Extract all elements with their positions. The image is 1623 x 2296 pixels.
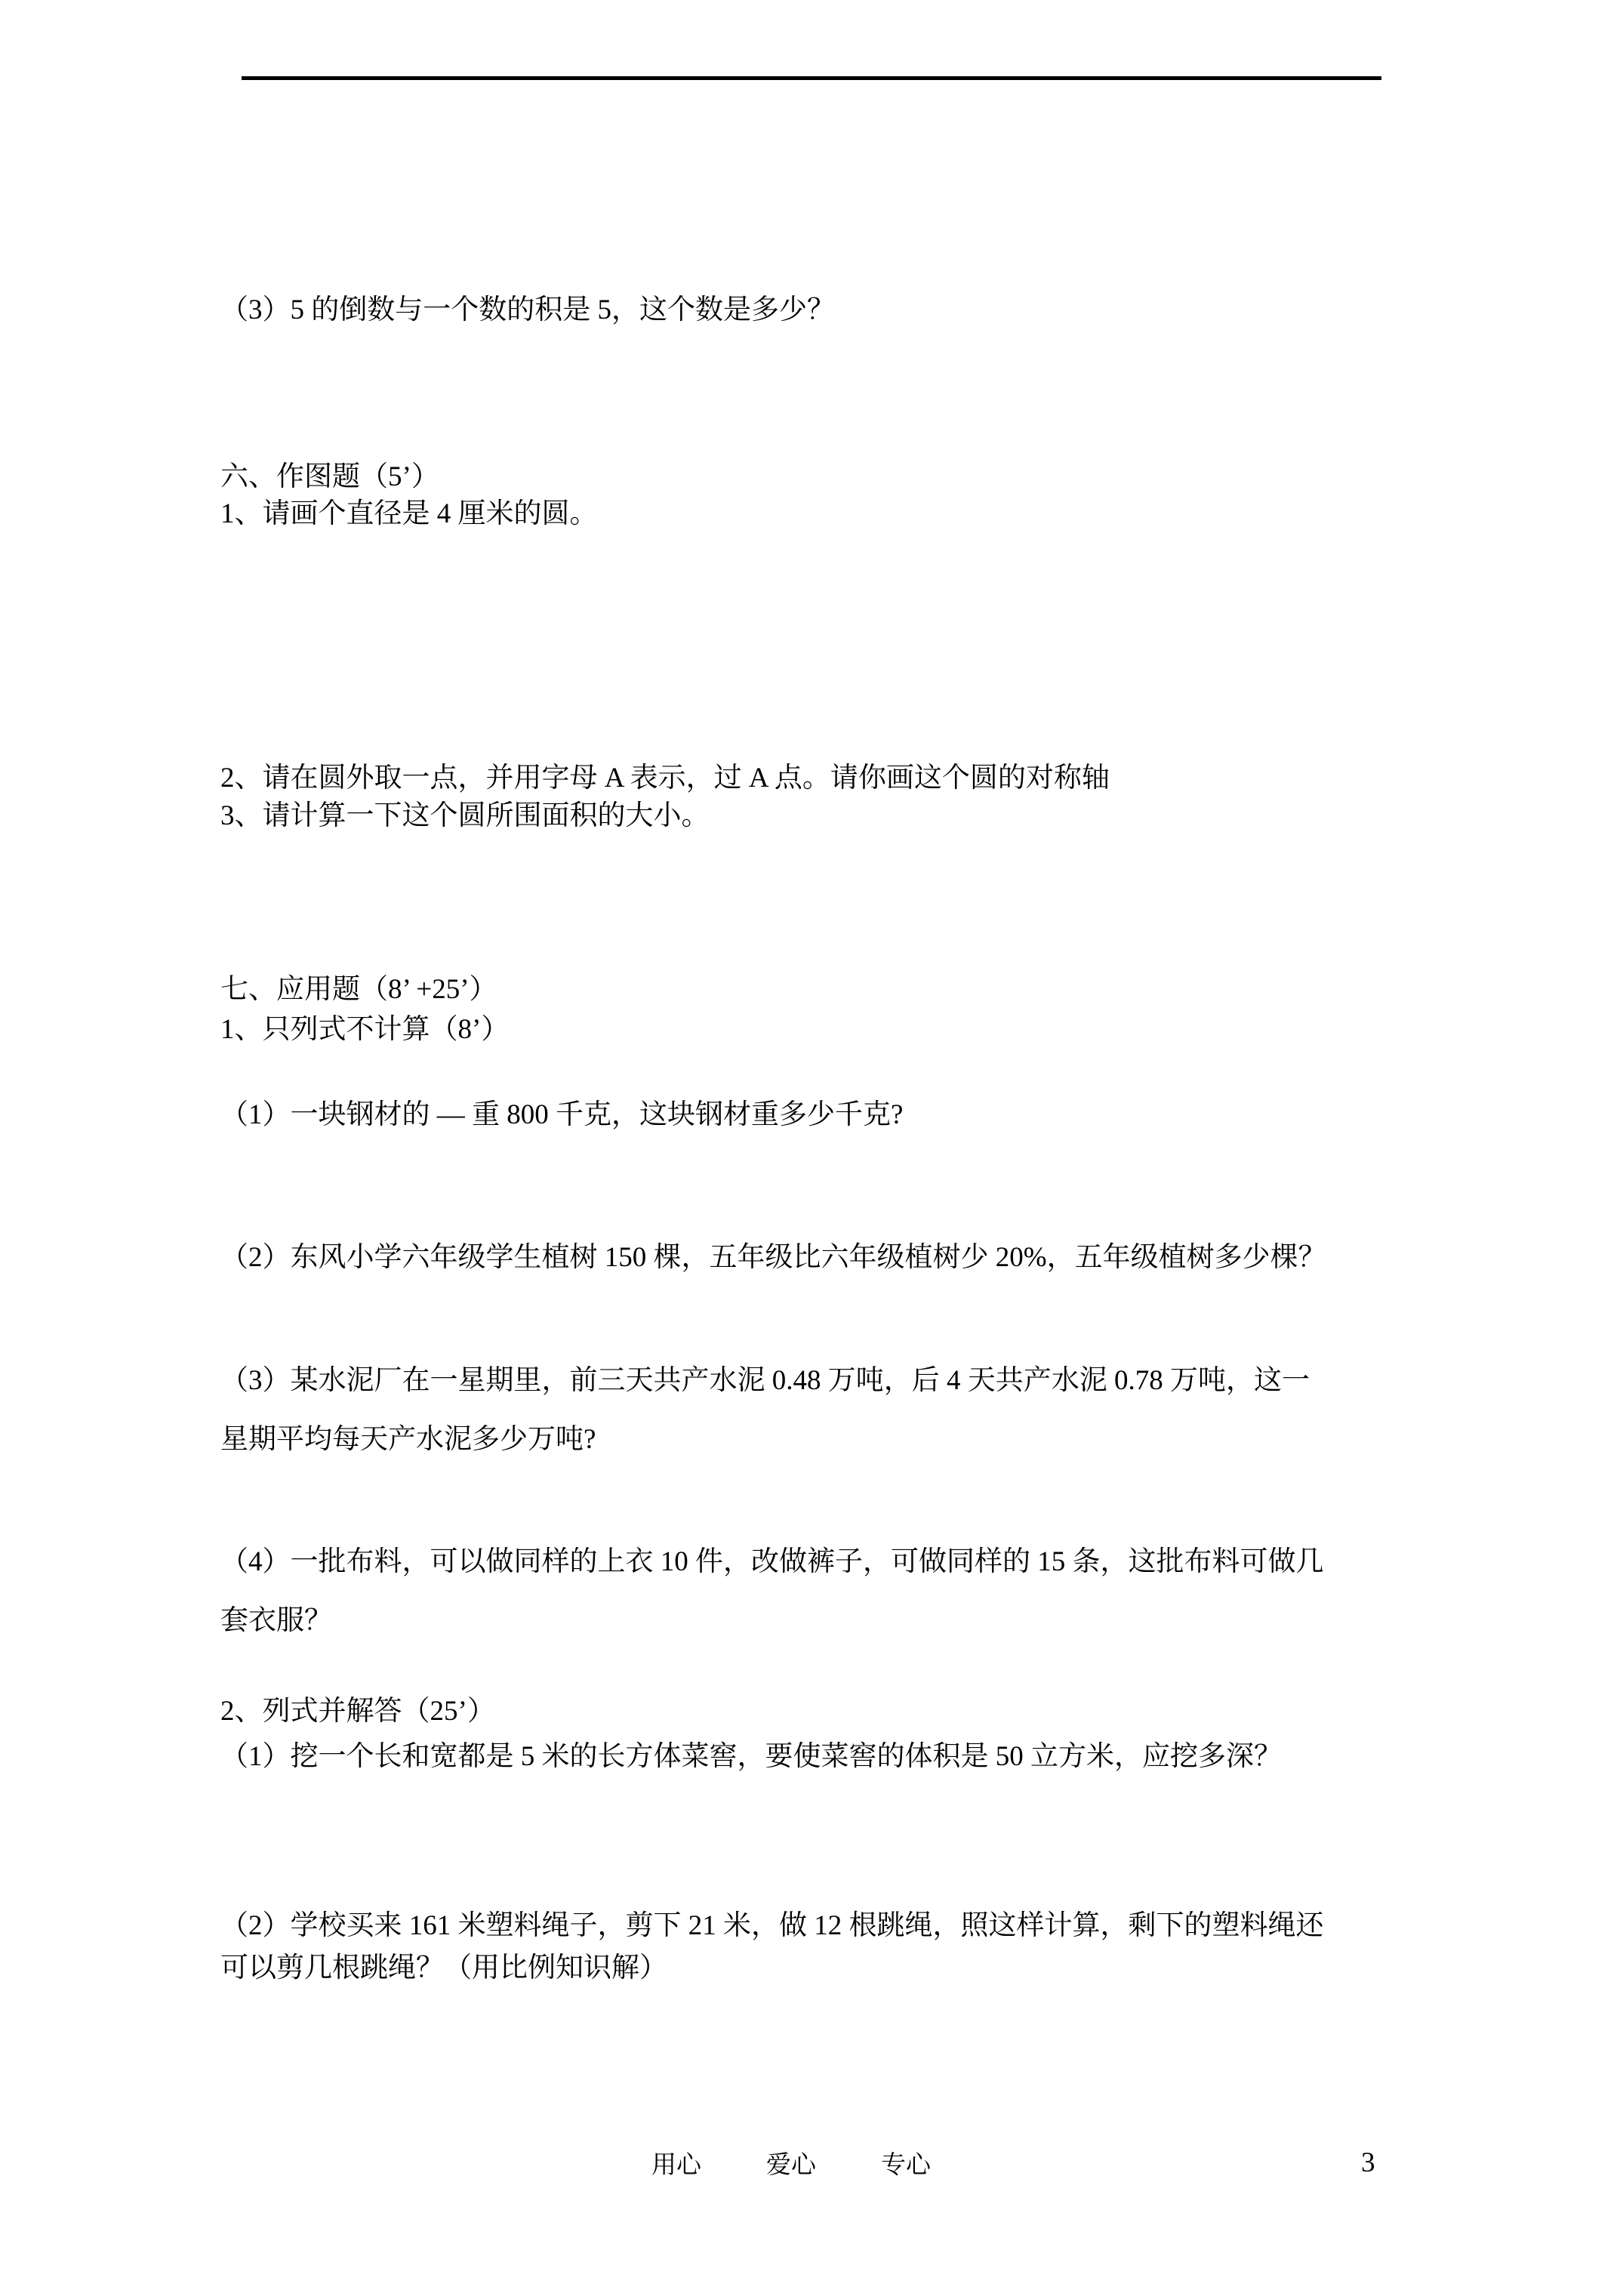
question-7-2-1: （1）挖一个长和宽都是 5 米的长方体菜窖，要使菜窖的体积是 50 立方米，应挖…	[220, 1743, 1282, 1771]
page-footer: 用心 爱心 专心	[651, 2153, 931, 2178]
question-7-2-2-line1: （2）学校买来 161 米塑料绳子，剪下 21 米，做 12 根跳绳，照这样计算…	[220, 1912, 1324, 1940]
section-6-item-2: 2、请在圆外取一点，并用字母 A 表示，过 A 点。请你画这个圆的对称轴	[220, 764, 1110, 792]
footer-motto-word-3: 专心	[881, 2153, 931, 2178]
footer-motto-word-2: 爱心	[766, 2153, 816, 2178]
section-7-sub1-heading: 1、只列式不计算（8’）	[220, 1015, 509, 1043]
question-7-1-3-line1: （3）某水泥厂在一星期里，前三天共产水泥 0.48 万吨，后 4 天共产水泥 0…	[220, 1367, 1310, 1395]
section-7-sub2-heading: 2、列式并解答（25’）	[220, 1697, 495, 1725]
page-number: 3	[1361, 2149, 1375, 2177]
question-7-1-4-line2: 套衣服？	[220, 1607, 332, 1635]
question-7-2-2-line2: 可以剪几根跳绳？（用比例知识解）	[220, 1954, 667, 1982]
section-7-heading: 七、应用题（8’ +25’）	[220, 975, 497, 1003]
section-6-item-3: 3、请计算一下这个圆所围面积的大小。	[220, 802, 710, 830]
question-5-part3: （3）5 的倒数与一个数的积是 5，这个数是多少？	[220, 296, 835, 324]
question-7-1-4-line1: （4）一批布料，可以做同样的上衣 10 件，改做裤子，可做同样的 15 条，这批…	[220, 1548, 1324, 1576]
question-7-1-1: （1）一块钢材的 — 重 800 千克，这块钢材重多少千克?	[220, 1101, 903, 1129]
document-page: （3）5 的倒数与一个数的积是 5，这个数是多少？ 六、作图题（5’） 1、请画…	[0, 0, 1623, 2296]
question-7-1-2: （2）东风小学六年级学生植树 150 棵，五年级比六年级植树少 20%，五年级植…	[220, 1244, 1326, 1271]
question-7-1-3-line2: 星期平均每天产水泥多少万吨?	[220, 1425, 596, 1453]
section-6-item-1: 1、请画个直径是 4 厘米的圆。	[220, 500, 598, 528]
header-rule	[242, 76, 1381, 80]
section-6-heading: 六、作图题（5’）	[220, 463, 439, 491]
footer-motto-word-1: 用心	[651, 2153, 701, 2178]
